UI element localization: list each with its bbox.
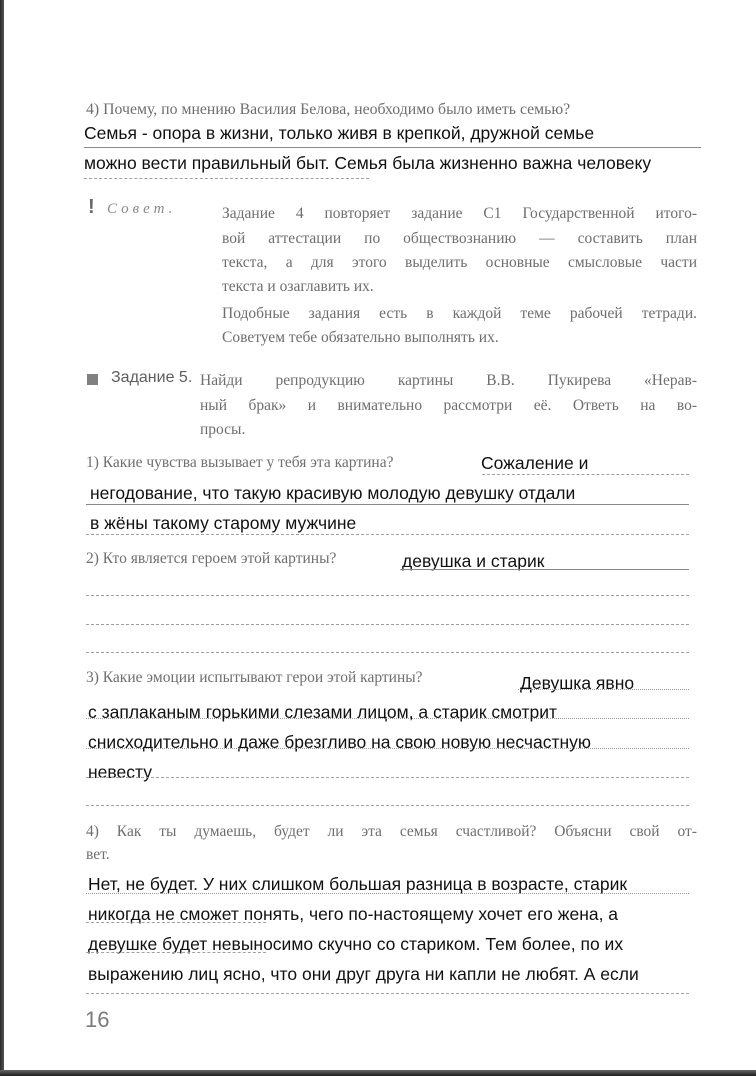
advice-line-2: вой аттестации по обществознанию — соста… [222, 227, 697, 251]
answer-rule [400, 569, 689, 570]
task-5-line-2: ный брак» и внимательно рассмотри её. От… [200, 394, 697, 418]
answer-rule [86, 993, 689, 994]
advice-label: Совет. [107, 201, 176, 218]
answer-rule [86, 893, 689, 894]
answer-rule [86, 718, 689, 719]
page-number: 16 [85, 1007, 109, 1033]
task-5-q3-answer-line-1: Девушка явно [520, 672, 634, 694]
answer-rule [86, 748, 689, 749]
answer-rule [84, 178, 369, 179]
task-5-q2-prompt: 2) Кто является героем этой картины? [86, 547, 336, 571]
advice-line-4: текста и озаглавить их. [222, 275, 374, 299]
task-5-q3-answer-line-3: снисходительно и даже брезгливо на свою … [88, 731, 591, 753]
task-bullet-icon [87, 374, 98, 385]
advice-line-1: Задание 4 повторяет задание С1 Государст… [222, 202, 697, 226]
answer-rule [518, 689, 689, 690]
answer-rule [86, 534, 689, 535]
question-4-belov-answer-line-1: Семья - опора в жизни, только живя в кре… [84, 122, 594, 144]
task-5-q1-answer-line-2: негодование, что такую красивую молодую … [90, 482, 575, 504]
answer-rule [86, 922, 266, 923]
answer-rule [86, 504, 689, 505]
answer-rule [86, 777, 689, 778]
question-4-belov-prompt: 4) Почему, по мнению Василия Белова, нео… [86, 98, 570, 122]
advice-line-3: текста, а для этого выделить основные см… [222, 251, 697, 275]
task-5-q1-answer-line-3: в жёны такому старому мужчине [90, 512, 356, 534]
task-5-q1-prompt: 1) Какие чувства вызывает у тебя эта кар… [86, 451, 393, 475]
task-5-line-1: Найди репродукцию картины В.В. Пукирева … [200, 369, 697, 393]
answer-rule [86, 652, 689, 653]
answer-rule [86, 952, 266, 953]
advice-line-6: Советуем тебе обязательно выполнять их. [222, 326, 499, 350]
answer-rule [84, 147, 701, 148]
task-5-q4-prompt-line-2: вет. [86, 843, 110, 867]
task-5-q1-answer-line-1: Сожаление и [481, 452, 588, 474]
task-5-q4-answer-line-1: Нет, не будет. У них слишком большая раз… [88, 873, 627, 895]
scan-edge-left [0, 0, 4, 1076]
task-5-line-3: просы. [200, 418, 245, 442]
scan-edge-bottom [0, 1070, 756, 1076]
answer-rule [86, 624, 689, 625]
question-4-belov-answer-line-2: можно вести правильный быт. Семья была ж… [84, 152, 651, 174]
task-5-q3-prompt: 3) Какие эмоции испытывают герои этой ка… [86, 666, 423, 690]
answer-rule [482, 474, 689, 475]
task-5-q3-answer-line-2: с заплаканым горькими слезами лицом, а с… [88, 701, 557, 723]
task-5-q3-answer-line-4: невесту [88, 761, 152, 783]
advice-line-5: Подобные задания есть в каждой теме рабо… [222, 302, 697, 326]
exclamation-icon: ! [88, 196, 95, 219]
task-5-q4-answer-line-4: выражению лиц ясно, что они друг друга н… [88, 963, 639, 985]
task-5-label: Задание 5. [111, 369, 192, 387]
task-5-q4-prompt-line-1: 4) Как ты думаешь, будет ли эта семья сч… [86, 820, 697, 844]
answer-rule [86, 595, 689, 596]
answer-rule [86, 805, 689, 806]
